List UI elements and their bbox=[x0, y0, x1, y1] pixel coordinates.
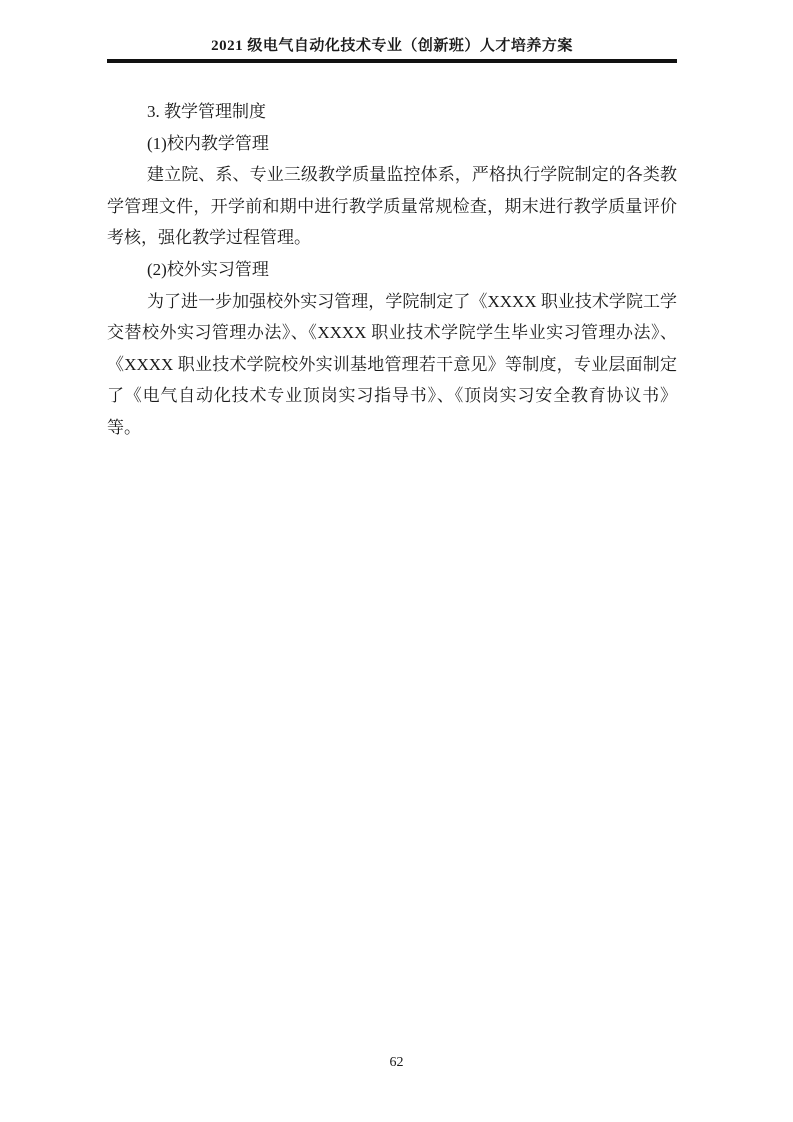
paragraph-campus-teaching-text: 建立院、系、专业三级教学质量监控体系，严格执行学院制定的各类教学管理文件，开学前… bbox=[107, 159, 677, 254]
paragraph-subheading-campus-teaching: (1)校内教学管理 bbox=[107, 128, 677, 160]
paragraph-subheading-external-practice: (2)校外实习管理 bbox=[107, 254, 677, 286]
paragraph-section-heading: 3. 教学管理制度 bbox=[107, 96, 677, 128]
page-header: 2021 级电气自动化技术专业（创新班）人才培养方案 bbox=[107, 34, 677, 55]
header-title: 2021 级电气自动化技术专业（创新班）人才培养方案 bbox=[107, 34, 677, 55]
paragraph-external-practice-text: 为了进一步加强校外实习管理，学院制定了《XXXX 职业技术学院工学交替校外实习管… bbox=[107, 286, 677, 444]
document-body: 3. 教学管理制度 (1)校内教学管理 建立院、系、专业三级教学质量监控体系，严… bbox=[107, 96, 677, 444]
page-footer: 62 bbox=[0, 1053, 793, 1071]
document-page: 2021 级电气自动化技术专业（创新班）人才培养方案 3. 教学管理制度 (1)… bbox=[0, 0, 793, 1122]
page-number: 62 bbox=[390, 1055, 404, 1070]
header-divider-rule bbox=[107, 59, 677, 63]
